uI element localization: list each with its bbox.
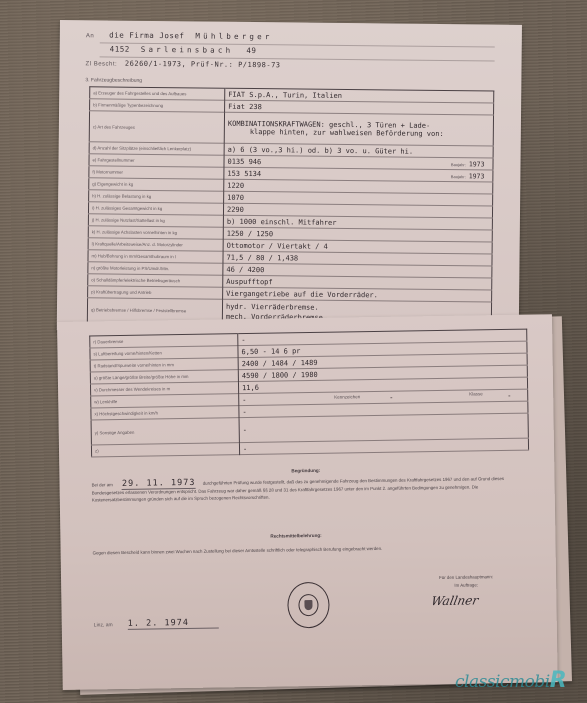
table-row: c) Art des Fahrzeuges KOMBINATIONSKRAFTW…	[89, 111, 493, 146]
vehicle-spec-table-top: a) Erzeuger des Fahrgestelles und des Au…	[87, 86, 494, 327]
issue-date: 1. 2. 1974	[128, 617, 219, 629]
watermark-r-icon: R	[550, 668, 566, 693]
signature: Wallner	[430, 593, 479, 608]
authority-block: Für den Landeshauptmann: Im Auftrage:	[411, 573, 521, 591]
watermark-logo: classicmobiR	[455, 668, 566, 693]
justification-text: Bei der am 29. 11. 1973 durchgeführten P…	[92, 475, 532, 504]
recipient-line-1: An die Firma Josef Mühlberger	[86, 30, 273, 41]
place-date-line: Linz, am 1. 2. 1974	[94, 609, 219, 630]
reference-number: Zl Bescht: 26260/1-1973, Prüf-Nr.: P/189…	[86, 59, 281, 69]
build-year: Baujahr:1973	[451, 172, 485, 180]
build-year: Baujahr:1973	[451, 160, 485, 168]
appeal-heading: Rechtsmittelbelehrung:	[270, 533, 321, 539]
official-seal-icon	[287, 582, 330, 629]
recipient-line-2: 4152 Sarleinsbach 49	[110, 45, 257, 56]
coat-of-arms-icon	[304, 600, 312, 610]
vehicle-spec-table-bottom: r) Dauerbremse- s) Luftbereifung vorne/h…	[89, 329, 529, 458]
section-title: 3. Fahrzeugbeschreibung	[85, 77, 142, 84]
appeal-text: Gegen diesen Bescheid kann binnen zwei W…	[93, 542, 543, 557]
document-page-bottom: r) Dauerbremse- s) Luftbereifung vorne/h…	[57, 314, 558, 690]
document-page-top: An die Firma Josef Mühlberger 4152 Sarle…	[57, 20, 522, 335]
justification-heading: Begründung:	[291, 468, 320, 473]
